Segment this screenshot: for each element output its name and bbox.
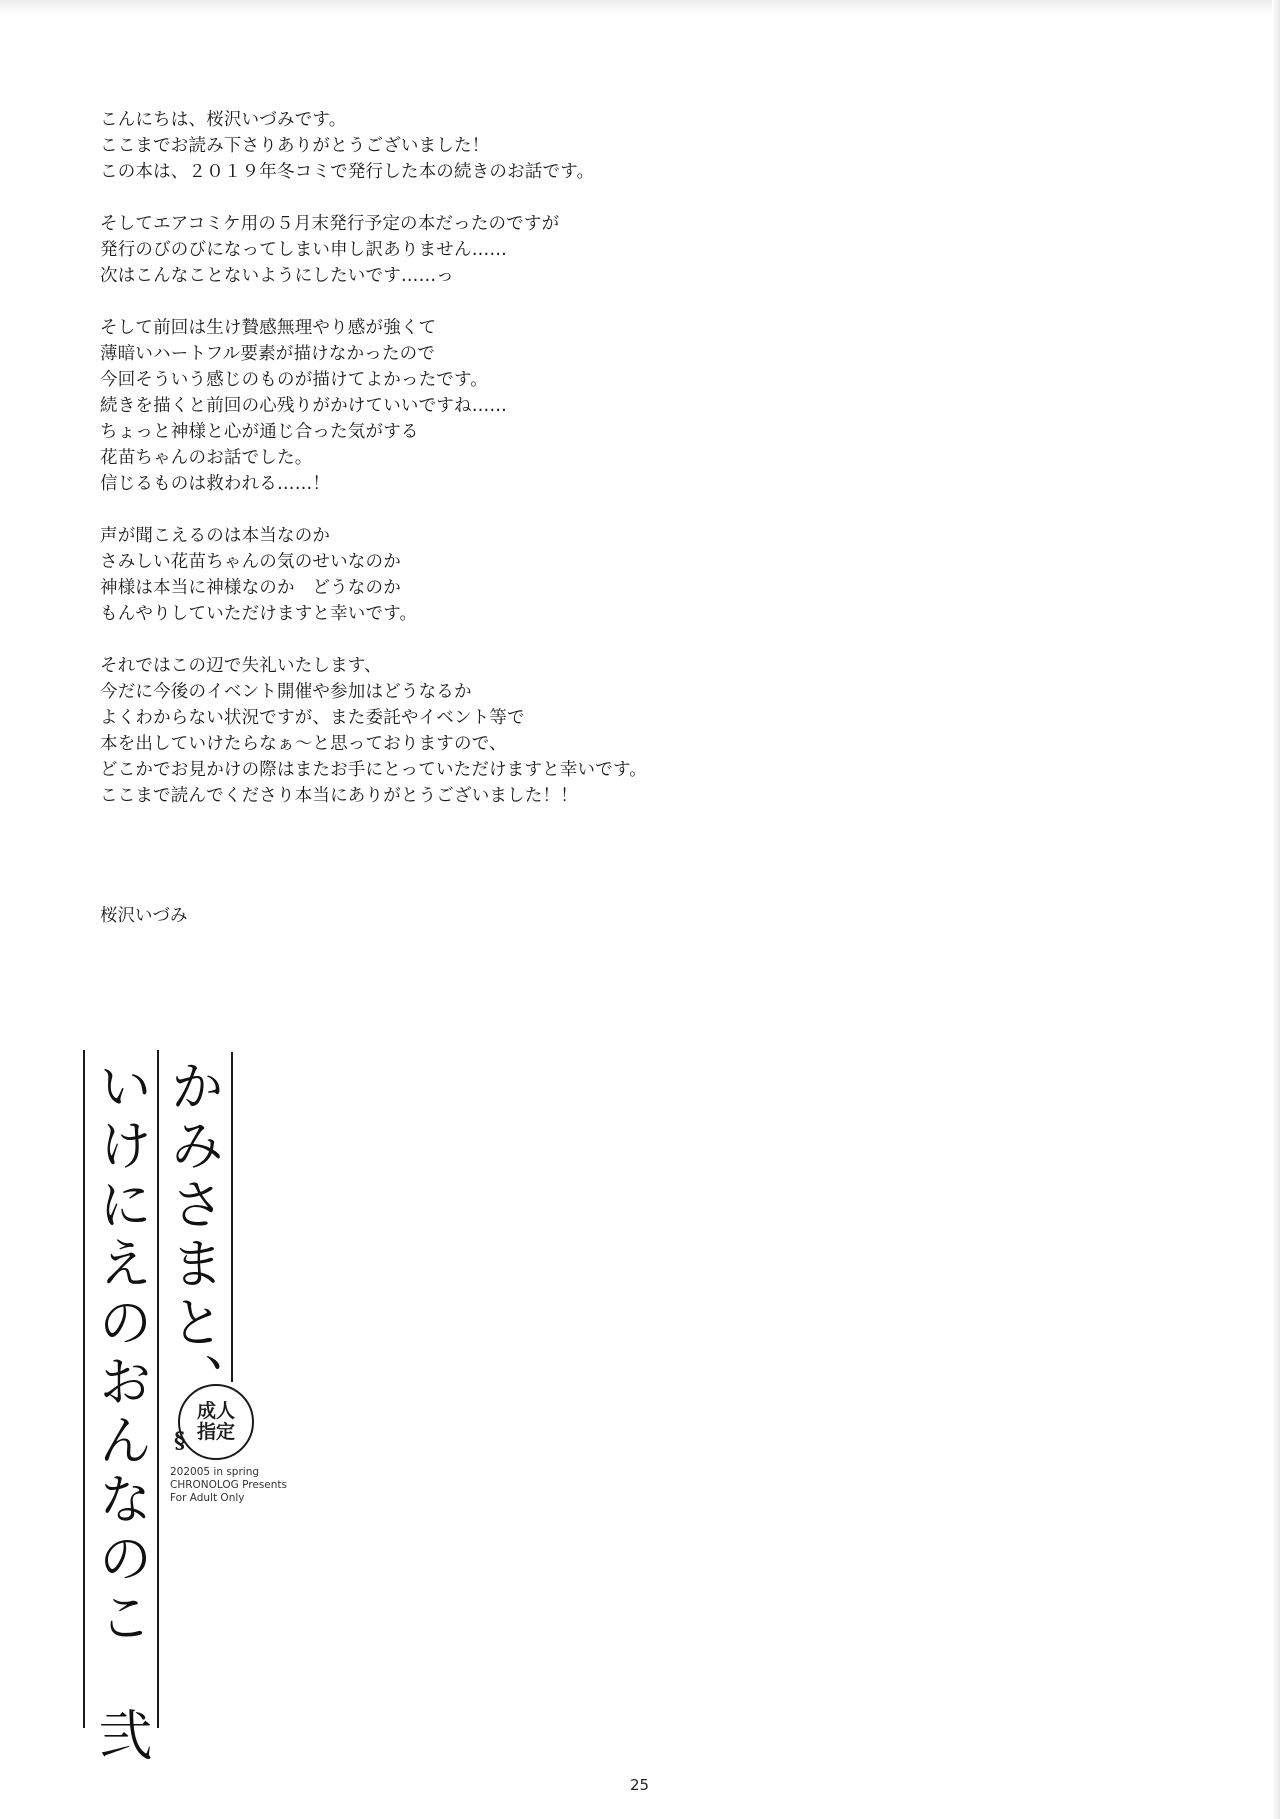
text-line: 信じるものは救われる……！: [100, 471, 860, 497]
text-line: 次はこんなことないようにしたいです……っ: [100, 263, 860, 289]
text-line: 声が聞こえるのは本当なのか: [100, 523, 860, 549]
text-line: 本を出していけたらなぁ～と思っておりますので、: [100, 731, 860, 757]
text-line: よくわからない状況ですが、また委託やイベント等で: [100, 705, 860, 731]
page-edge-top: [0, 0, 1280, 14]
text-line: 今回そういう感じのものが描けてよかったです。: [100, 367, 860, 393]
colophon-circle: CHRONOLOG Presents: [170, 1479, 287, 1492]
colophon: 202005 in spring CHRONOLOG Presents For …: [170, 1466, 287, 1505]
flourish-icon: §: [174, 1431, 186, 1452]
text-line: 続きを描くと前回の心残りがかけていいですね……: [100, 393, 860, 419]
text-line: ここまでお読み下さりありがとうございました！: [100, 133, 860, 159]
text-line: こんにちは、桜沢いづみです。: [100, 107, 860, 133]
vertical-title-block: かみさまと、 いけにえのおんなのこ 弐: [83, 1050, 173, 1728]
text-line: この本は、２０１９年冬コミで発行した本の続きのお話です。: [100, 159, 860, 185]
text-line: 花苗ちゃんのお話でした。: [100, 445, 860, 471]
title-rule-middle: [157, 1050, 159, 1728]
text-line: もんやりしていただけますと幸いです。: [100, 601, 860, 627]
afterword-paragraph-2: そしてエアコミケ用の５月末発行予定の本だったのですが 発行のびのびになってしまい…: [100, 211, 860, 289]
title-column-1: かみさまと、: [163, 1058, 223, 1412]
title-column-2: いけにえのおんなのこ 弐: [91, 1058, 151, 1766]
afterword-paragraph-4: 声が聞こえるのは本当なのか さみしい花苗ちゃんの気のせいなのか 神様は本当に神様…: [100, 523, 860, 627]
rating-badge-line-2: 指定: [197, 1422, 235, 1443]
page-number: 25: [630, 1776, 649, 1794]
text-line: そして前回は生け贄感無理やり感が強くて: [100, 315, 860, 341]
title-rule-right: [231, 1052, 233, 1382]
text-line: 発行のびのびになってしまい申し訳ありません……: [100, 237, 860, 263]
afterword-text: こんにちは、桜沢いづみです。 ここまでお読み下さりありがとうございました！ この…: [100, 107, 860, 835]
page-edge-right: [1272, 0, 1280, 1819]
text-line: 薄暗いハートフル要素が描けなかったので: [100, 341, 860, 367]
author-signature: 桜沢いづみ: [100, 903, 188, 929]
colophon-date: 202005 in spring: [170, 1466, 287, 1479]
text-line: 神様は本当に神様なのか どうなのか: [100, 575, 860, 601]
afterword-paragraph-1: こんにちは、桜沢いづみです。 ここまでお読み下さりありがとうございました！ この…: [100, 107, 860, 185]
text-line: ここまで読んでくださり本当にありがとうございました！！: [100, 783, 860, 809]
title-rule-left: [83, 1050, 85, 1728]
text-line: さみしい花苗ちゃんの気のせいなのか: [100, 549, 860, 575]
afterword-paragraph-5: それではこの辺で失礼いたします、 今だに今後のイベント開催や参加はどうなるか よ…: [100, 653, 860, 809]
afterword-paragraph-3: そして前回は生け贄感無理やり感が強くて 薄暗いハートフル要素が描けなかったので …: [100, 315, 860, 497]
rating-badge-line-1: 成人: [197, 1401, 235, 1422]
text-line: それではこの辺で失礼いたします、: [100, 653, 860, 679]
text-line: ちょっと神様と心が通じ合った気がする: [100, 419, 860, 445]
text-line: 今だに今後のイベント開催や参加はどうなるか: [100, 679, 860, 705]
adult-rating-badge: § 成人 指定: [178, 1384, 254, 1460]
text-line: そしてエアコミケ用の５月末発行予定の本だったのですが: [100, 211, 860, 237]
text-line: どこかでお見かけの際はまたお手にとっていただけますと幸いです。: [100, 757, 860, 783]
colophon-rating: For Adult Only: [170, 1492, 287, 1505]
